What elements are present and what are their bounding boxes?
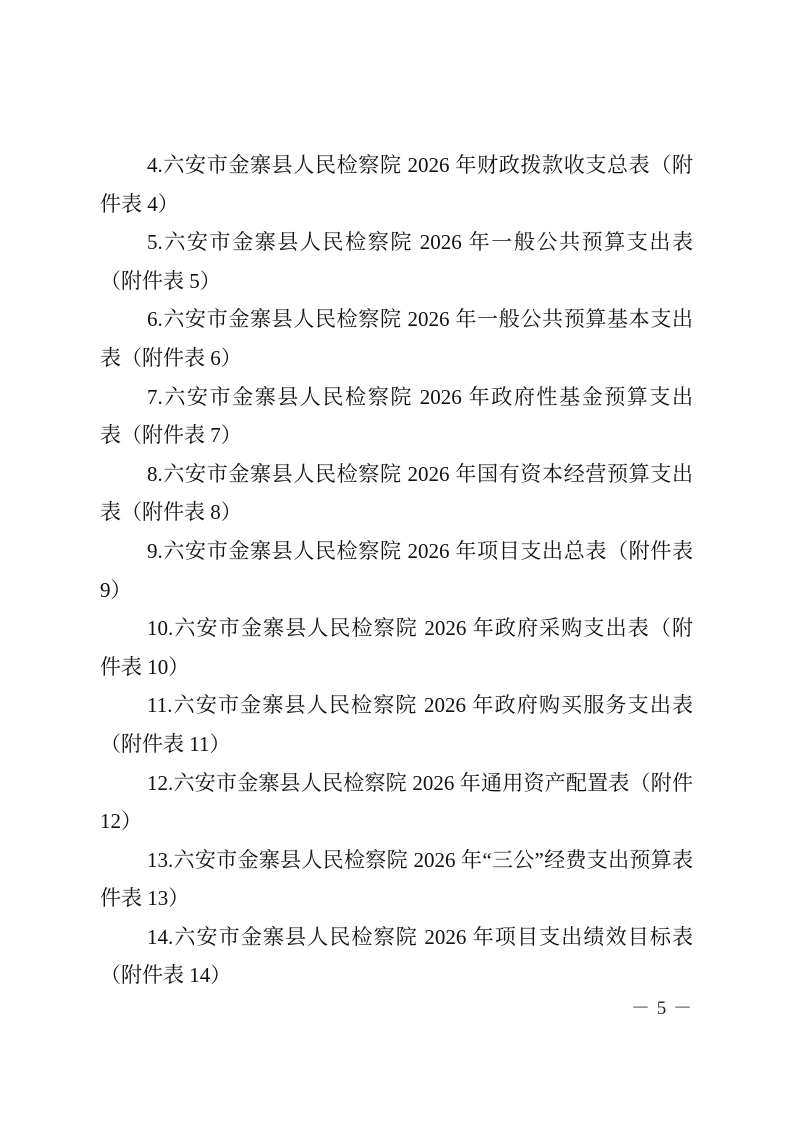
document-page: 4.六安市金寨县人民检察院 2026 年财政拨款收支总表（附 件表 4） 5.六… <box>0 0 793 1122</box>
document-line: 6.六安市金寨县人民检察院 2026 年一般公共预算基本支出 <box>100 300 693 339</box>
document-line: 13.六安市金寨县人民检察院 2026 年“三公”经费支出预算表(附 <box>100 841 693 880</box>
list-item-11: 11.六安市金寨县人民检察院 2026 年政府购买服务支出表 （附件表 11） <box>100 686 693 763</box>
list-item-9: 9.六安市金寨县人民检察院 2026 年项目支出总表（附件表 9） <box>100 532 693 609</box>
document-line: 9） <box>100 571 693 610</box>
attachment-table-list: 4.六安市金寨县人民检察院 2026 年财政拨款收支总表（附 件表 4） 5.六… <box>100 146 693 995</box>
document-line: 5.六安市金寨县人民检察院 2026 年一般公共预算支出表 <box>100 223 693 262</box>
list-item-14: 14.六安市金寨县人民检察院 2026 年项目支出绩效目标表 （附件表 14） <box>100 918 693 995</box>
list-item-6: 6.六安市金寨县人民检察院 2026 年一般公共预算基本支出 表（附件表 6） <box>100 300 693 377</box>
document-line: （附件表 5） <box>100 262 693 301</box>
document-line: 12） <box>100 802 693 841</box>
document-line: 表（附件表 6） <box>100 339 693 378</box>
document-line: 件表 13） <box>100 879 693 918</box>
document-line: 9.六安市金寨县人民检察院 2026 年项目支出总表（附件表 <box>100 532 693 571</box>
list-item-4: 4.六安市金寨县人民检察院 2026 年财政拨款收支总表（附 件表 4） <box>100 146 693 223</box>
document-line: 件表 4） <box>100 185 693 224</box>
document-line: 7.六安市金寨县人民检察院 2026 年政府性基金预算支出 <box>100 378 693 417</box>
list-item-8: 8.六安市金寨县人民检察院 2026 年国有资本经营预算支出 表（附件表 8） <box>100 455 693 532</box>
list-item-7: 7.六安市金寨县人民检察院 2026 年政府性基金预算支出 表（附件表 7） <box>100 378 693 455</box>
document-line: 10.六安市金寨县人民检察院 2026 年政府采购支出表（附 <box>100 609 693 648</box>
list-item-12: 12.六安市金寨县人民检察院 2026 年通用资产配置表（附件表 12） <box>100 764 693 841</box>
document-line: 表（附件表 7） <box>100 416 693 455</box>
document-line: 12.六安市金寨县人民检察院 2026 年通用资产配置表（附件表 <box>100 764 693 803</box>
list-item-5: 5.六安市金寨县人民检察院 2026 年一般公共预算支出表 （附件表 5） <box>100 223 693 300</box>
document-line: （附件表 14） <box>100 956 693 995</box>
document-line: 件表 10） <box>100 648 693 687</box>
list-item-10: 10.六安市金寨县人民检察院 2026 年政府采购支出表（附 件表 10） <box>100 609 693 686</box>
list-item-13: 13.六安市金寨县人民检察院 2026 年“三公”经费支出预算表(附 件表 13… <box>100 841 693 918</box>
document-line: 表（附件表 8） <box>100 493 693 532</box>
page-number: － 5 － <box>631 997 693 1021</box>
document-line: （附件表 11） <box>100 725 693 764</box>
document-line: 14.六安市金寨县人民检察院 2026 年项目支出绩效目标表 <box>100 918 693 957</box>
document-line: 8.六安市金寨县人民检察院 2026 年国有资本经营预算支出 <box>100 455 693 494</box>
document-line: 4.六安市金寨县人民检察院 2026 年财政拨款收支总表（附 <box>100 146 693 185</box>
document-line: 11.六安市金寨县人民检察院 2026 年政府购买服务支出表 <box>100 686 693 725</box>
